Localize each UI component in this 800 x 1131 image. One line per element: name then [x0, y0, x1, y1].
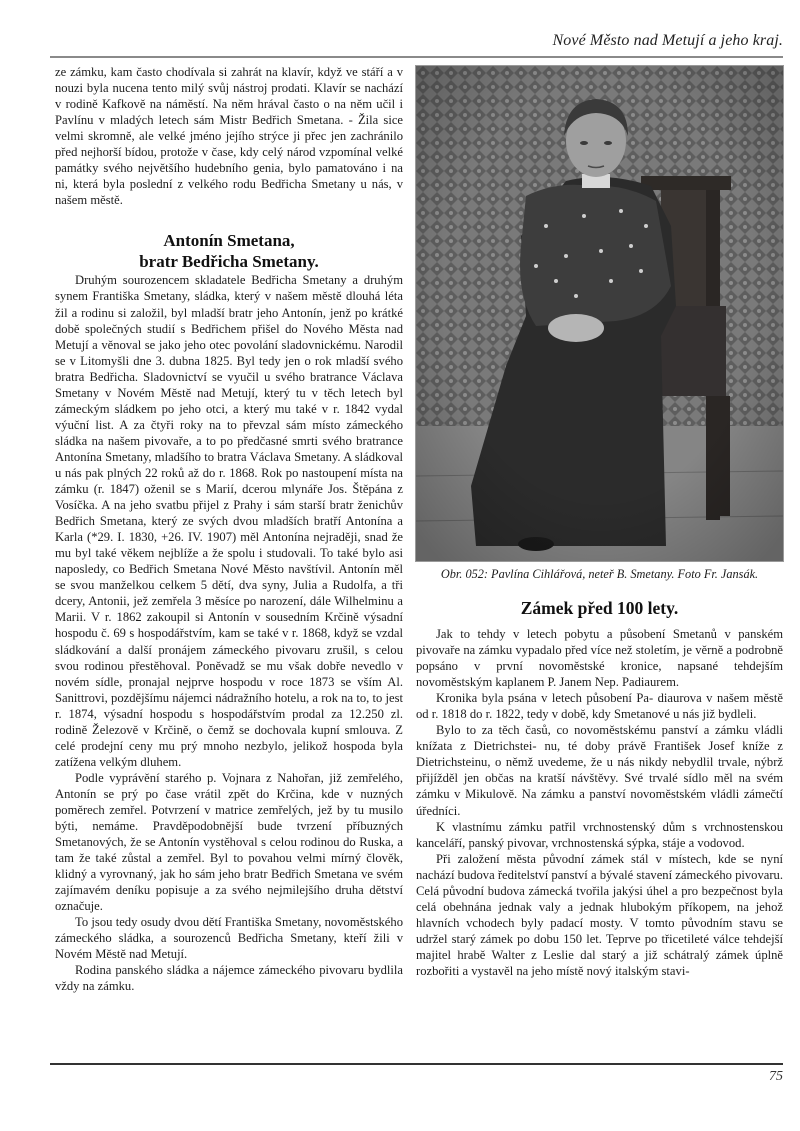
section-heading-antonin: Antonín Smetana, bratr Bedřicha Smetany. — [55, 230, 403, 272]
footer-rule — [50, 1063, 783, 1065]
body-paragraph: Bylo to za těch časů, co novoměstskému p… — [416, 722, 783, 818]
header-rule — [50, 56, 783, 58]
running-header-title: Nové Město nad Metují a jeho kraj. — [553, 32, 783, 50]
body-paragraph: To jsou tedy osudy dvou dětí Františka S… — [55, 914, 403, 962]
body-paragraph: K vlastnímu zámku patřil vrchnostenský d… — [416, 819, 783, 851]
body-paragraph: Jak to tehdy v letech pobytu a působení … — [416, 626, 783, 690]
body-paragraph: Podle vyprávění starého p. Vojnara z Nah… — [55, 770, 403, 914]
right-column: Obr. 052: Pavlína Cihlářová, neteř B. Sm… — [416, 566, 783, 979]
page-number: 75 — [769, 1069, 783, 1085]
portrait-photo — [415, 65, 784, 562]
body-paragraph: Druhým sourozencem skladatele Bedřicha S… — [55, 272, 403, 769]
heading-line-2: bratr Bedřicha Smetany. — [139, 252, 319, 271]
section-heading-zamek: Zámek před 100 lety. — [416, 598, 783, 619]
left-column: ze zámku, kam často chodívala si zahrát … — [55, 64, 403, 995]
figure-caption: Obr. 052: Pavlína Cihlářová, neteř B. Sm… — [416, 566, 783, 582]
portrait-image-icon — [416, 66, 784, 562]
heading-line-1: Antonín Smetana, — [163, 231, 294, 250]
body-paragraph: Kronika byla psána v letech působení Pa-… — [416, 690, 783, 722]
intro-paragraph: ze zámku, kam často chodívala si zahrát … — [55, 64, 403, 208]
body-paragraph: Při založení města původní zámek stál v … — [416, 851, 783, 979]
body-paragraph: Rodina panského sládka a nájemce zámecké… — [55, 962, 403, 994]
